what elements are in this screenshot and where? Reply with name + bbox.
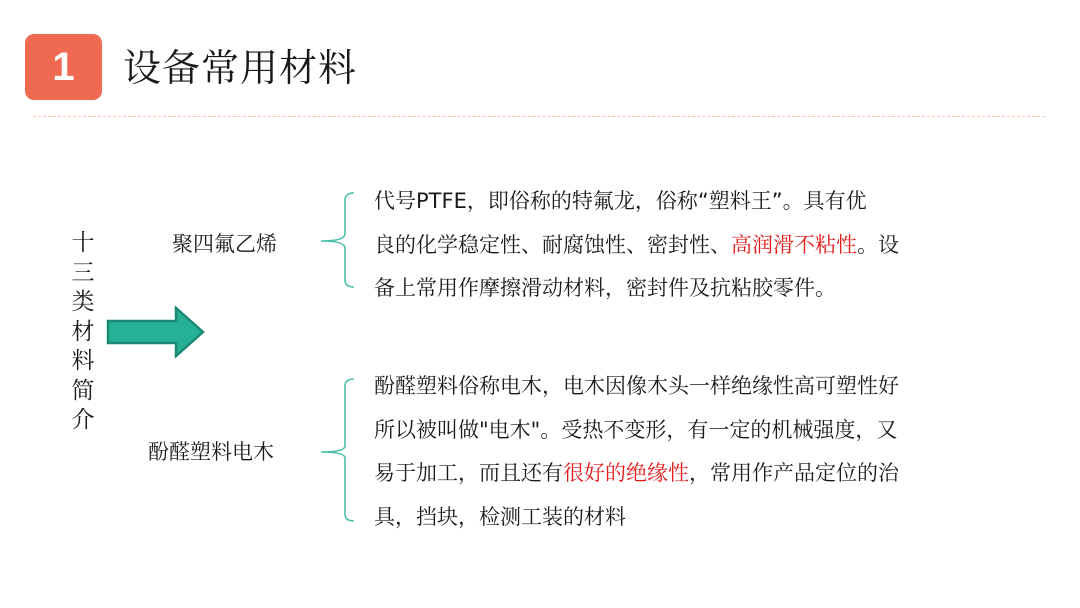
side-label-char: 类 bbox=[68, 288, 98, 318]
highlighted-text: 高润滑不粘性 bbox=[731, 233, 857, 257]
description-line: 备上常用作摩擦滑动材料，密封件及抗粘胶零件。 bbox=[374, 267, 994, 311]
description-line: 具，挡块，检测工装的材料 bbox=[374, 496, 994, 540]
description-line: 易于加工，而且还有很好的绝缘性，常用作产品定位的治 bbox=[374, 452, 994, 496]
right-arrow-icon bbox=[106, 306, 206, 358]
material-description-ptfe: 代号PTFE，即俗称的特氟龙，俗称“塑料王”。具有优 良的化学稳定性、耐腐蚀性、… bbox=[374, 180, 994, 311]
text-run: 良的化学稳定性、耐腐蚀性、密封性、 bbox=[374, 233, 731, 257]
material-name-ptfe: 聚四氟乙烯 bbox=[172, 230, 277, 258]
side-label-vertical: 十 三 类 材 料 简 介 bbox=[68, 229, 98, 436]
text-run: 所以被叫做"电木"。受热不变形，有一定的机械强度，又 bbox=[374, 418, 897, 442]
description-line: 代号PTFE，即俗称的特氟龙，俗称“塑料王”。具有优 bbox=[374, 180, 994, 224]
side-label-char: 料 bbox=[68, 347, 98, 377]
left-brace-icon bbox=[318, 376, 358, 524]
page-title: 设备常用材料 bbox=[123, 44, 357, 92]
description-line: 所以被叫做"电木"。受热不变形，有一定的机械强度，又 bbox=[374, 409, 994, 453]
highlighted-text: 很好的绝缘性 bbox=[563, 461, 689, 485]
text-run: ，常用作产品定位的治 bbox=[689, 461, 899, 485]
description-line: 酚醛塑料俗称电木，电木因像木头一样绝缘性高可塑性好 bbox=[374, 365, 994, 409]
text-run: 具，挡块，检测工装的材料 bbox=[374, 505, 626, 529]
description-line: 良的化学稳定性、耐腐蚀性、密封性、高润滑不粘性。设 bbox=[374, 224, 994, 268]
text-run: 。设 bbox=[857, 233, 899, 257]
side-label-char: 简 bbox=[68, 377, 98, 407]
text-run: 代号PTFE，即俗称的特氟龙，俗称“塑料王”。具有优 bbox=[374, 189, 867, 213]
side-label-char: 介 bbox=[68, 406, 98, 436]
title-divider bbox=[33, 116, 1045, 117]
material-name-bakelite: 酚醛塑料电木 bbox=[148, 438, 274, 466]
material-description-bakelite: 酚醛塑料俗称电木，电木因像木头一样绝缘性高可塑性好 所以被叫做"电木"。受热不变… bbox=[374, 365, 994, 539]
side-label-char: 材 bbox=[68, 318, 98, 348]
text-run: 酚醛塑料俗称电木，电木因像木头一样绝缘性高可塑性好 bbox=[374, 374, 899, 398]
left-brace-icon bbox=[318, 190, 358, 290]
side-label-char: 十 bbox=[68, 229, 98, 259]
side-label-char: 三 bbox=[68, 259, 98, 289]
text-run: 易于加工，而且还有 bbox=[374, 461, 563, 485]
section-number-badge: 1 bbox=[25, 34, 102, 100]
text-run: 备上常用作摩擦滑动材料，密封件及抗粘胶零件。 bbox=[374, 276, 836, 300]
